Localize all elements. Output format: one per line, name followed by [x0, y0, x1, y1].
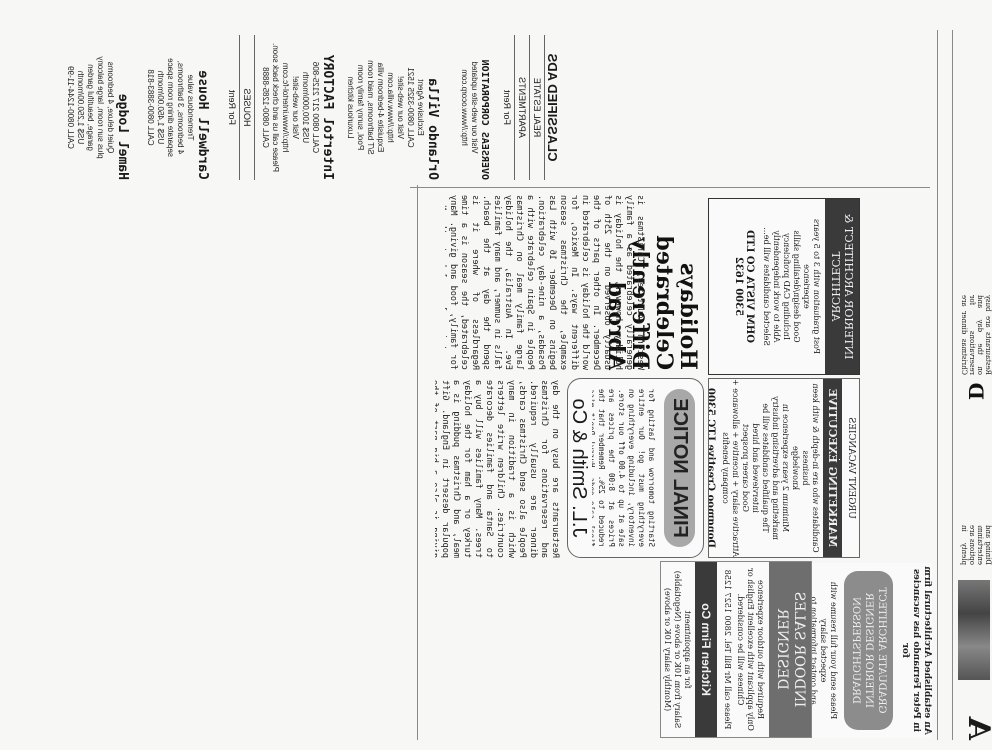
ad-line: Exquisite 4-bedroom villa	[375, 35, 385, 180]
ad-line: CALL 0800-3883-818	[145, 35, 155, 180]
banner-line: GRADUATE ARCHITECT	[875, 573, 888, 728]
ad-line: http://www.intertol-fc.com	[280, 35, 290, 180]
ad-marketing-executive: URGENT VACANCIES MARKETING EXECUTIVE Can…	[708, 378, 860, 558]
ad-line: http://www.villa.com	[385, 35, 395, 180]
ad-name: Orlando Villa	[425, 35, 440, 180]
banner-line: INTERIOR DESIGNER	[862, 573, 875, 728]
category: For Rent	[500, 35, 515, 180]
ad-line: separate dining room space	[165, 35, 175, 180]
category: REAL ESTATE	[530, 35, 545, 180]
ad-line: The qualified candidates will be	[760, 379, 770, 557]
ad-line: Chinese will be considered.	[735, 562, 745, 737]
masthead-photo	[958, 580, 990, 680]
ad-company: OHM VISTA CO LTD	[744, 199, 755, 374]
ad-banner: MARKETING EXECUTIVE	[823, 379, 842, 557]
divider	[417, 185, 418, 740]
ad-line: Visit our web-site!	[395, 35, 405, 180]
ad-line: http://www.ocorp.com	[459, 35, 469, 180]
ad-line: (Monthly salary 10K or above)	[662, 562, 672, 737]
classified-ad-overseas: OVERSEAS CORPORATION Visit our web-site …	[459, 35, 490, 180]
ad-line: Including CAD proficiency	[781, 199, 791, 374]
ad-banner: INTERIOR ARCHITECT & ARCHITECT	[825, 199, 859, 374]
ad-line: Only applicant with excellent English or	[745, 562, 755, 737]
ad-line: Good career prospect	[740, 379, 750, 557]
category: HOUSES	[240, 35, 255, 180]
ad-line: US$ 100,000/month	[300, 35, 310, 180]
ad-line: and contact information to	[812, 563, 818, 738]
ad-line: experience	[801, 199, 811, 374]
ad-banner: INDOOR SALES DESIGNER	[769, 562, 811, 737]
ad-line: Post graduation with 3 to 5 years	[811, 199, 821, 374]
ad-final-notice: FINAL NOTICE Starting tomorrow and lasti…	[567, 378, 704, 558]
ad-line: Exclusive Agent	[415, 35, 425, 180]
ad-line: Good design/detailing skills	[791, 199, 801, 374]
banner-line: INDOOR SALES	[790, 566, 807, 733]
classified-ad-cardwell: Cardwell House Tremendous value 4 bedroo…	[145, 35, 210, 180]
christmas-article: Restaurants are busy on the day and rese…	[435, 380, 560, 558]
ad-line: Candidates who are in-depth & with keen …	[800, 379, 820, 557]
ad-line: company benefits	[720, 379, 730, 557]
ad-line: Quiet deluxe, 4 bedrooms	[105, 35, 115, 180]
classified-header: CLASSIFIED ADS REAL ESTATE APARTMENTS Fo…	[500, 35, 560, 180]
ad-banner: FINAL NOTICE	[664, 389, 695, 547]
ad-line: knowledge	[790, 379, 800, 557]
ad-line: Luxurious kitchen	[345, 35, 355, 180]
ad-line: 4 bedrooms, 3 bathrooms,	[175, 35, 185, 180]
banner-line: DESIGNER	[773, 566, 790, 733]
ad-phone: 5300 1632	[733, 199, 744, 374]
ad-line: Required with outdoor experience	[755, 562, 765, 737]
ad-name: OVERSEAS CORPORATION	[479, 35, 490, 180]
ad-contact: Please call Mr Bill Tel. 2800 1527 1258	[722, 562, 732, 737]
ad-contact: Dongmoo Creative LTC 5300 1326	[708, 379, 716, 557]
newspaper-photo: A Dining and entertainment options are p…	[0, 0, 1000, 750]
ad-line: marketing and advertising industry	[770, 379, 780, 557]
ad-name: Intertol FACTORY	[320, 35, 335, 180]
ad-line: for an appointment	[682, 562, 692, 737]
classified-categories: REAL ESTATE APARTMENTS For Rent	[500, 35, 545, 180]
ad-intro: An established Architectural firm in Pet…	[899, 563, 932, 738]
banner-line: DRAUGHTSPERSON	[849, 573, 862, 728]
ad-line: CALL 0800-1285-8888	[260, 35, 270, 180]
ad-line: garage, beautiful garden	[85, 35, 95, 180]
newspaper-page: A Dining and entertainment options are p…	[0, 0, 1000, 750]
ad-line: Attractive salary + incentive + allowanc…	[730, 379, 740, 557]
ad-banner: GRADUATE ARCHITECT INTERIOR DESIGNER DRA…	[844, 571, 893, 730]
category: APARTMENTS	[515, 35, 530, 180]
ad-line: Able to work independently	[771, 199, 781, 374]
ad-company: Kitchen Firm Co	[695, 562, 717, 737]
ad-line: Tremendous value	[185, 35, 195, 180]
divider	[937, 30, 938, 740]
ad-line: US$ 1,450.00/month	[155, 35, 165, 180]
ad-name: Hamel Lodge	[115, 35, 130, 180]
ad-kitchen-firm: INDOOR SALES DESIGNER Required with outd…	[660, 561, 812, 738]
ad-name: Cardwell House	[195, 35, 210, 180]
ad-line: CALL 0800 217 2125-806	[310, 35, 320, 180]
divider	[952, 30, 953, 740]
ad-line: CALL 0800-1244-11-99	[65, 35, 75, 180]
ad-body: Starting tomorrow and lasting for everyt…	[592, 379, 656, 557]
category: For Rent	[225, 35, 240, 180]
ad-title: URGENT VACANCIES	[846, 379, 856, 557]
ad-architect: INTERIOR ARCHITECT & ARCHITECT Post grad…	[708, 198, 860, 375]
spacer	[839, 459, 840, 460]
classified-ad-orlando: Orlando Villa Exclusive Agent CALL 0800-…	[345, 35, 440, 180]
ad-line: Minimum 2 years experience in	[780, 379, 790, 557]
masthead-snippet: Dining and entertainment options are ple…	[960, 525, 992, 565]
ad-draughtsperson: An established Architectural firm in Pet…	[812, 563, 932, 738]
ad-line: Pool, sunny family room	[355, 35, 365, 180]
masthead-snippet-2: Restaurants are busy on the day and rese…	[960, 295, 992, 375]
ad-line: US$ 1,250.00/month	[75, 35, 85, 180]
ad-company: J.L. Smith & Co	[567, 379, 590, 557]
classified-ad-intertol: Intertol FACTORY CALL 0800 217 2125-806 …	[260, 35, 335, 180]
ad-line: interviewed and hired	[750, 379, 760, 557]
masthead-letter: A	[961, 717, 996, 740]
masthead-fragment: D	[964, 383, 988, 400]
ad-line: plus sun room, large balcony	[95, 35, 105, 180]
classified-categories-houses: HOUSES For Rent	[225, 35, 255, 180]
ad-line: Selected candidates will be...	[761, 199, 771, 374]
ad-line: CALL 0800-3325 1521	[405, 35, 415, 180]
classified-ad-hamel: Hamel Lodge Quiet deluxe, 4 bedrooms plu…	[65, 35, 130, 180]
ad-line: Please send your full resume with expect…	[818, 563, 838, 738]
ad-line: Salary from 10K or above (Negotiable)	[672, 562, 682, 737]
ad-line: S/T bathrooms, maid room	[365, 35, 375, 180]
masthead: A Dining and entertainment options are p…	[962, 30, 992, 740]
holiday-article: Western countries, Christmas is generall…	[445, 195, 645, 370]
classified-title: CLASSIFIED ADS	[545, 35, 560, 180]
page-margin	[992, 0, 1000, 750]
ad-line: Please call us and check back soon.	[270, 35, 280, 180]
ad-line: Visit our web-site!	[290, 35, 300, 180]
headline-line: Holidays Celebrated	[652, 190, 700, 370]
ad-line: Visit our web-site updated	[469, 35, 479, 180]
column-rule	[410, 187, 930, 188]
